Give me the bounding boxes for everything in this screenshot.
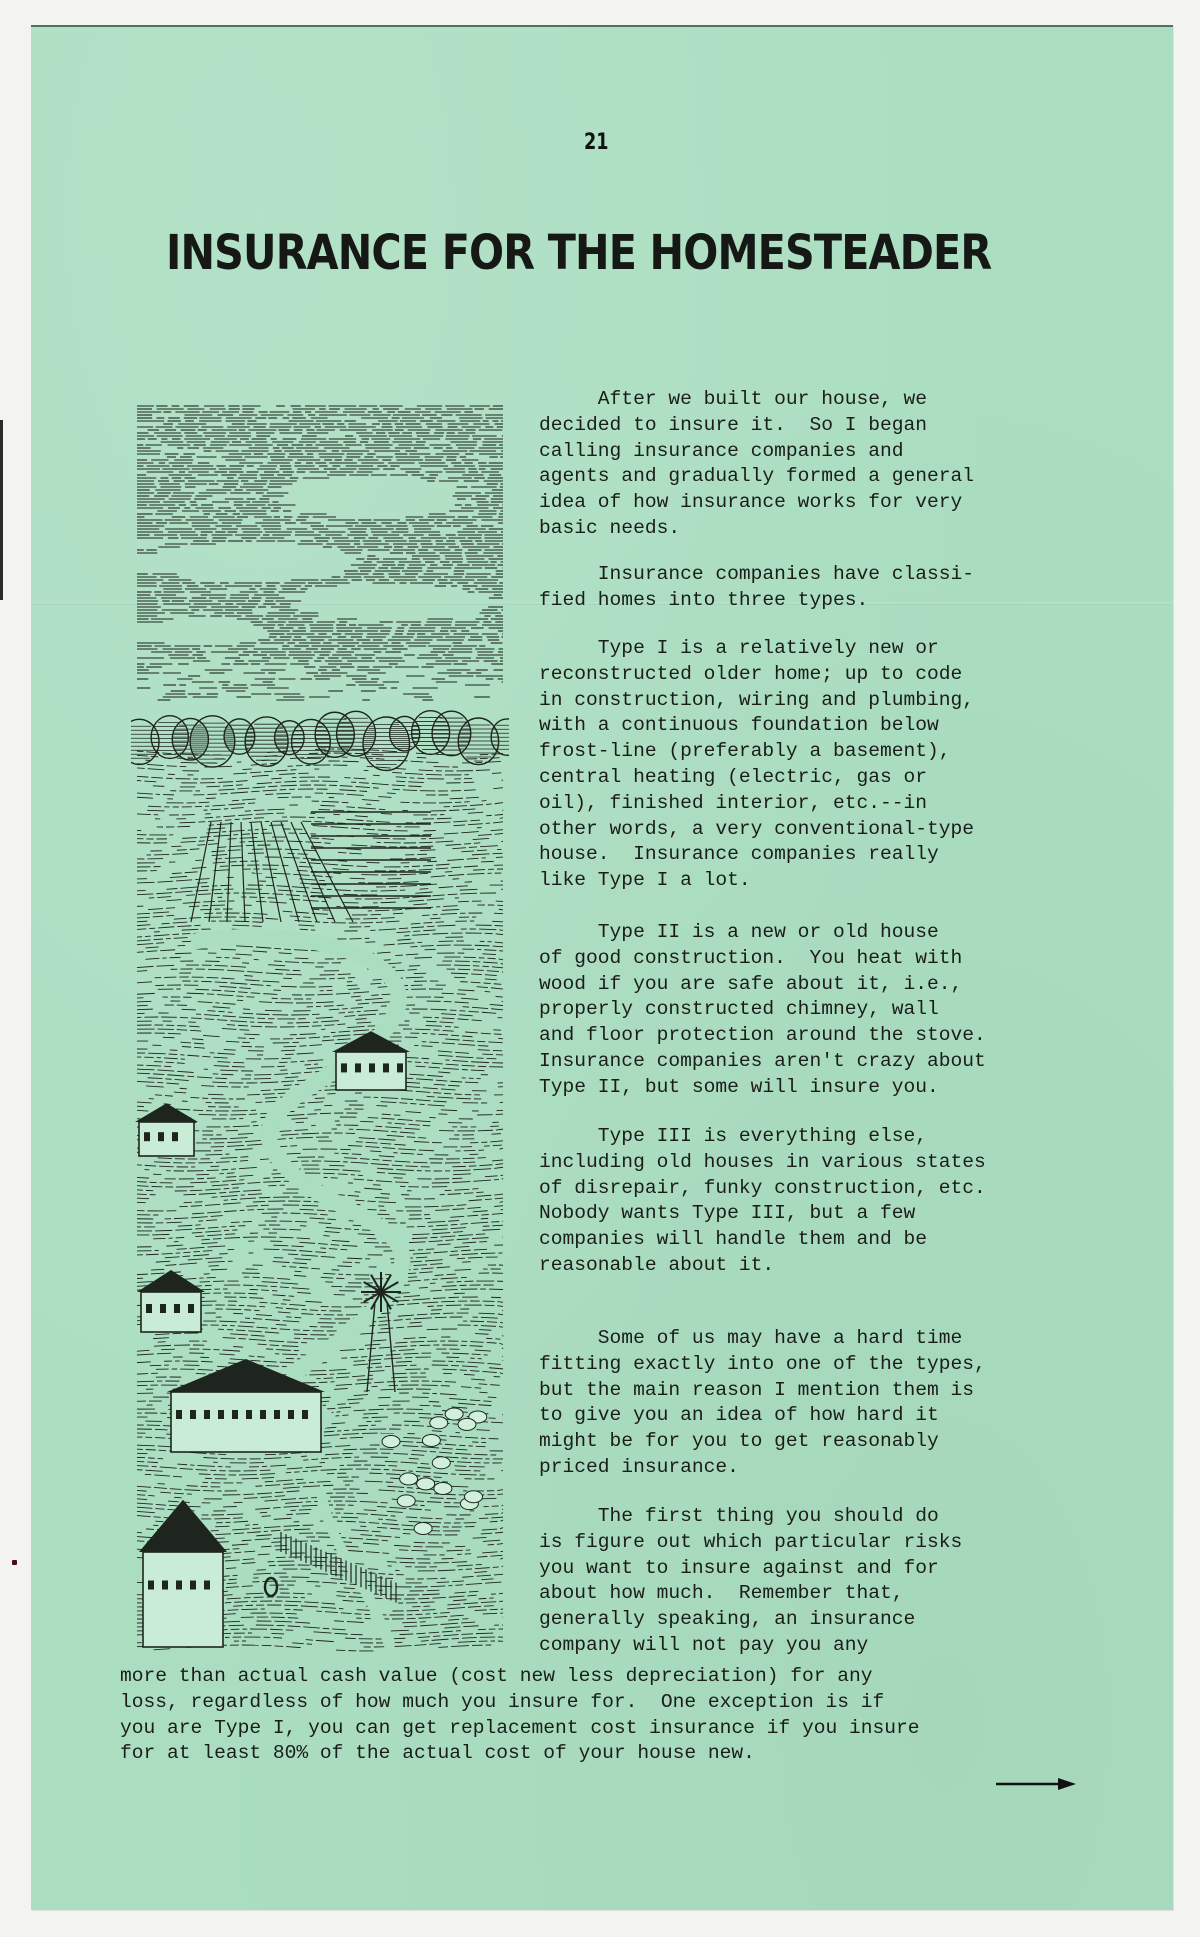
text-line: house. Insurance companies really — [539, 842, 1099, 868]
stray-mark — [12, 1560, 17, 1565]
text-line: you want to insure against and for — [539, 1556, 1099, 1582]
paragraph-intro: After we built our house, wedecided to i… — [539, 387, 1099, 542]
text-line: of good construction. You heat with — [539, 946, 1099, 972]
text-line: loss, regardless of how much you insure … — [120, 1690, 1120, 1716]
text-line: The first thing you should do — [539, 1504, 1099, 1530]
page-number: 21 — [584, 130, 609, 155]
text-line: other words, a very conventional-type — [539, 817, 1099, 843]
text-line: decided to insure it. So I began — [539, 413, 1099, 439]
text-line: Type II is a new or old house — [539, 920, 1099, 946]
text-line: central heating (electric, gas or — [539, 765, 1099, 791]
text-line: priced insurance. — [539, 1455, 1099, 1481]
document-page: 21 INSURANCE FOR THE HOMESTEADER After w… — [31, 25, 1173, 1910]
scanner-edge — [0, 420, 3, 600]
page-title: INSURANCE FOR THE HOMESTEADER — [166, 225, 957, 281]
text-line: Nobody wants Type III, but a few — [539, 1201, 1099, 1227]
text-line: Insurance companies aren't crazy about — [539, 1049, 1099, 1075]
text-line: agents and gradually formed a general — [539, 464, 1099, 490]
text-line: calling insurance companies and — [539, 439, 1099, 465]
text-line: about how much. Remember that, — [539, 1581, 1099, 1607]
text-line: idea of how insurance works for very — [539, 490, 1099, 516]
text-line: Type III is everything else, — [539, 1124, 1099, 1150]
text-line: basic needs. — [539, 516, 1099, 542]
text-line: you are Type I, you can get replacement … — [120, 1716, 1120, 1742]
text-line: is figure out which particular risks — [539, 1530, 1099, 1556]
text-line: Insurance companies have classi- — [539, 562, 1099, 588]
paragraph-home-types: Insurance companies have classi-fied hom… — [539, 562, 1099, 614]
homestead-landscape-illustration — [131, 402, 509, 1652]
text-line: fitting exactly into one of the types, — [539, 1352, 1099, 1378]
text-line: of disrepair, funky construction, etc. — [539, 1176, 1099, 1202]
text-line: companies will handle them and be — [539, 1227, 1099, 1253]
text-line: After we built our house, we — [539, 387, 1099, 413]
text-line: generally speaking, an insurance — [539, 1607, 1099, 1633]
text-line: and floor protection around the stove. — [539, 1023, 1099, 1049]
text-line: like Type I a lot. — [539, 868, 1099, 894]
right-arrow-icon — [996, 1778, 1076, 1790]
text-line: for at least 80% of the actual cost of y… — [120, 1741, 1120, 1767]
text-line: including old houses in various states — [539, 1150, 1099, 1176]
text-line: to give you an idea of how hard it — [539, 1403, 1099, 1429]
paragraph-cash-value: more than actual cash value (cost new le… — [120, 1664, 1120, 1767]
text-line: but the main reason I mention them is — [539, 1378, 1099, 1404]
paragraph-type-one: Type I is a relatively new orreconstruct… — [539, 636, 1099, 894]
text-line: reasonable about it. — [539, 1253, 1099, 1279]
text-line: reconstructed older home; up to code — [539, 662, 1099, 688]
text-line: company will not pay you any — [539, 1633, 1099, 1659]
text-line: frost-line (preferably a basement), — [539, 739, 1099, 765]
text-line: more than actual cash value (cost new le… — [120, 1664, 1120, 1690]
text-line: might be for you to get reasonably — [539, 1429, 1099, 1455]
text-line: wood if you are safe about it, i.e., — [539, 972, 1099, 998]
text-line: Some of us may have a hard time — [539, 1326, 1099, 1352]
paragraph-type-three: Type III is everything else,including ol… — [539, 1124, 1099, 1279]
text-line: with a continuous foundation below — [539, 713, 1099, 739]
paragraph-first-thing: The first thing you should dois figure o… — [539, 1504, 1099, 1659]
text-line: fied homes into three types. — [539, 588, 1099, 614]
text-line: in construction, wiring and plumbing, — [539, 688, 1099, 714]
text-line: properly constructed chimney, wall — [539, 997, 1099, 1023]
text-line: Type I is a relatively new or — [539, 636, 1099, 662]
text-line: oil), finished interior, etc.--in — [539, 791, 1099, 817]
paragraph-fitting-types: Some of us may have a hard timefitting e… — [539, 1326, 1099, 1481]
text-line: Type II, but some will insure you. — [539, 1075, 1099, 1101]
paragraph-type-two: Type II is a new or old houseof good con… — [539, 920, 1099, 1101]
